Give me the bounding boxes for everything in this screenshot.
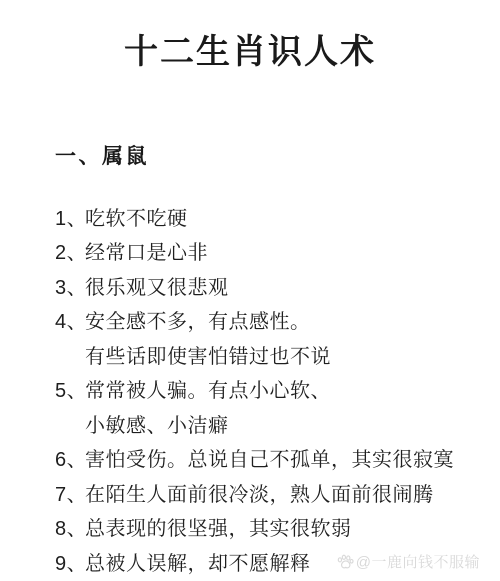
watermark: @一鹿向钱不服输 [336, 551, 480, 572]
list-item-number: 9、 [55, 547, 85, 576]
list-item: 5、 常常被人骗。有点小心软、 [55, 372, 495, 407]
section-heading: 一、属鼠 [55, 144, 149, 170]
list-item-text: 害怕受伤。总说自己不孤单，其实很寂寞 [85, 443, 454, 472]
trait-list: 1、 吃软不吃硬 2、 经常口是心非 3、 很乐观又很悲观 4、 安全感不多，有… [55, 199, 495, 579]
list-item-text: 常常被人骗。有点小心软、 [85, 374, 331, 403]
list-item-number: 6、 [55, 443, 85, 472]
list-item: 7、 在陌生人面前很冷淡，熟人面前很闹腾 [55, 475, 495, 510]
list-item-number: 5、 [55, 374, 85, 403]
list-item-continuation: 有些话即使害怕错过也不说 [55, 337, 495, 372]
list-item-text: 很乐观又很悲观 [85, 271, 229, 300]
list-item: 6、 害怕受伤。总说自己不孤单，其实很寂寞 [55, 441, 495, 476]
watermark-handle: @一鹿向钱不服输 [356, 551, 480, 572]
page-title: 十二生肖识人术 [0, 33, 500, 71]
list-item-number: 3、 [55, 271, 85, 300]
list-item-number: 2、 [55, 236, 85, 265]
list-item: 3、 很乐观又很悲观 [55, 268, 495, 303]
list-item-text: 有些话即使害怕错过也不说 [85, 340, 331, 369]
list-item-number: 1、 [55, 202, 85, 231]
list-item: 4、 安全感不多，有点感性。 [55, 303, 495, 338]
list-item-text: 总被人误解，却不愿解释 [85, 547, 311, 576]
page: 十二生肖识人术 一、属鼠 1、 吃软不吃硬 2、 经常口是心非 3、 很乐观又很… [0, 0, 500, 581]
list-item-text: 在陌生人面前很冷淡，熟人面前很闹腾 [85, 478, 434, 507]
list-item-continuation: 小敏感、小洁癖 [55, 406, 495, 441]
list-item: 2、 经常口是心非 [55, 234, 495, 269]
list-item: 1、 吃软不吃硬 [55, 199, 495, 234]
list-item-number: 4、 [55, 305, 85, 334]
list-item-text: 吃软不吃硬 [85, 202, 188, 231]
list-item-text: 总表现的很坚强，其实很软弱 [85, 512, 352, 541]
list-item-number: 8、 [55, 512, 85, 541]
paw-icon [336, 554, 354, 570]
list-item: 8、 总表现的很坚强，其实很软弱 [55, 510, 495, 545]
list-item-text: 小敏感、小洁癖 [85, 409, 229, 438]
list-item-text: 安全感不多，有点感性。 [85, 305, 311, 334]
list-item-text: 经常口是心非 [85, 236, 208, 265]
list-item-number: 7、 [55, 478, 85, 507]
